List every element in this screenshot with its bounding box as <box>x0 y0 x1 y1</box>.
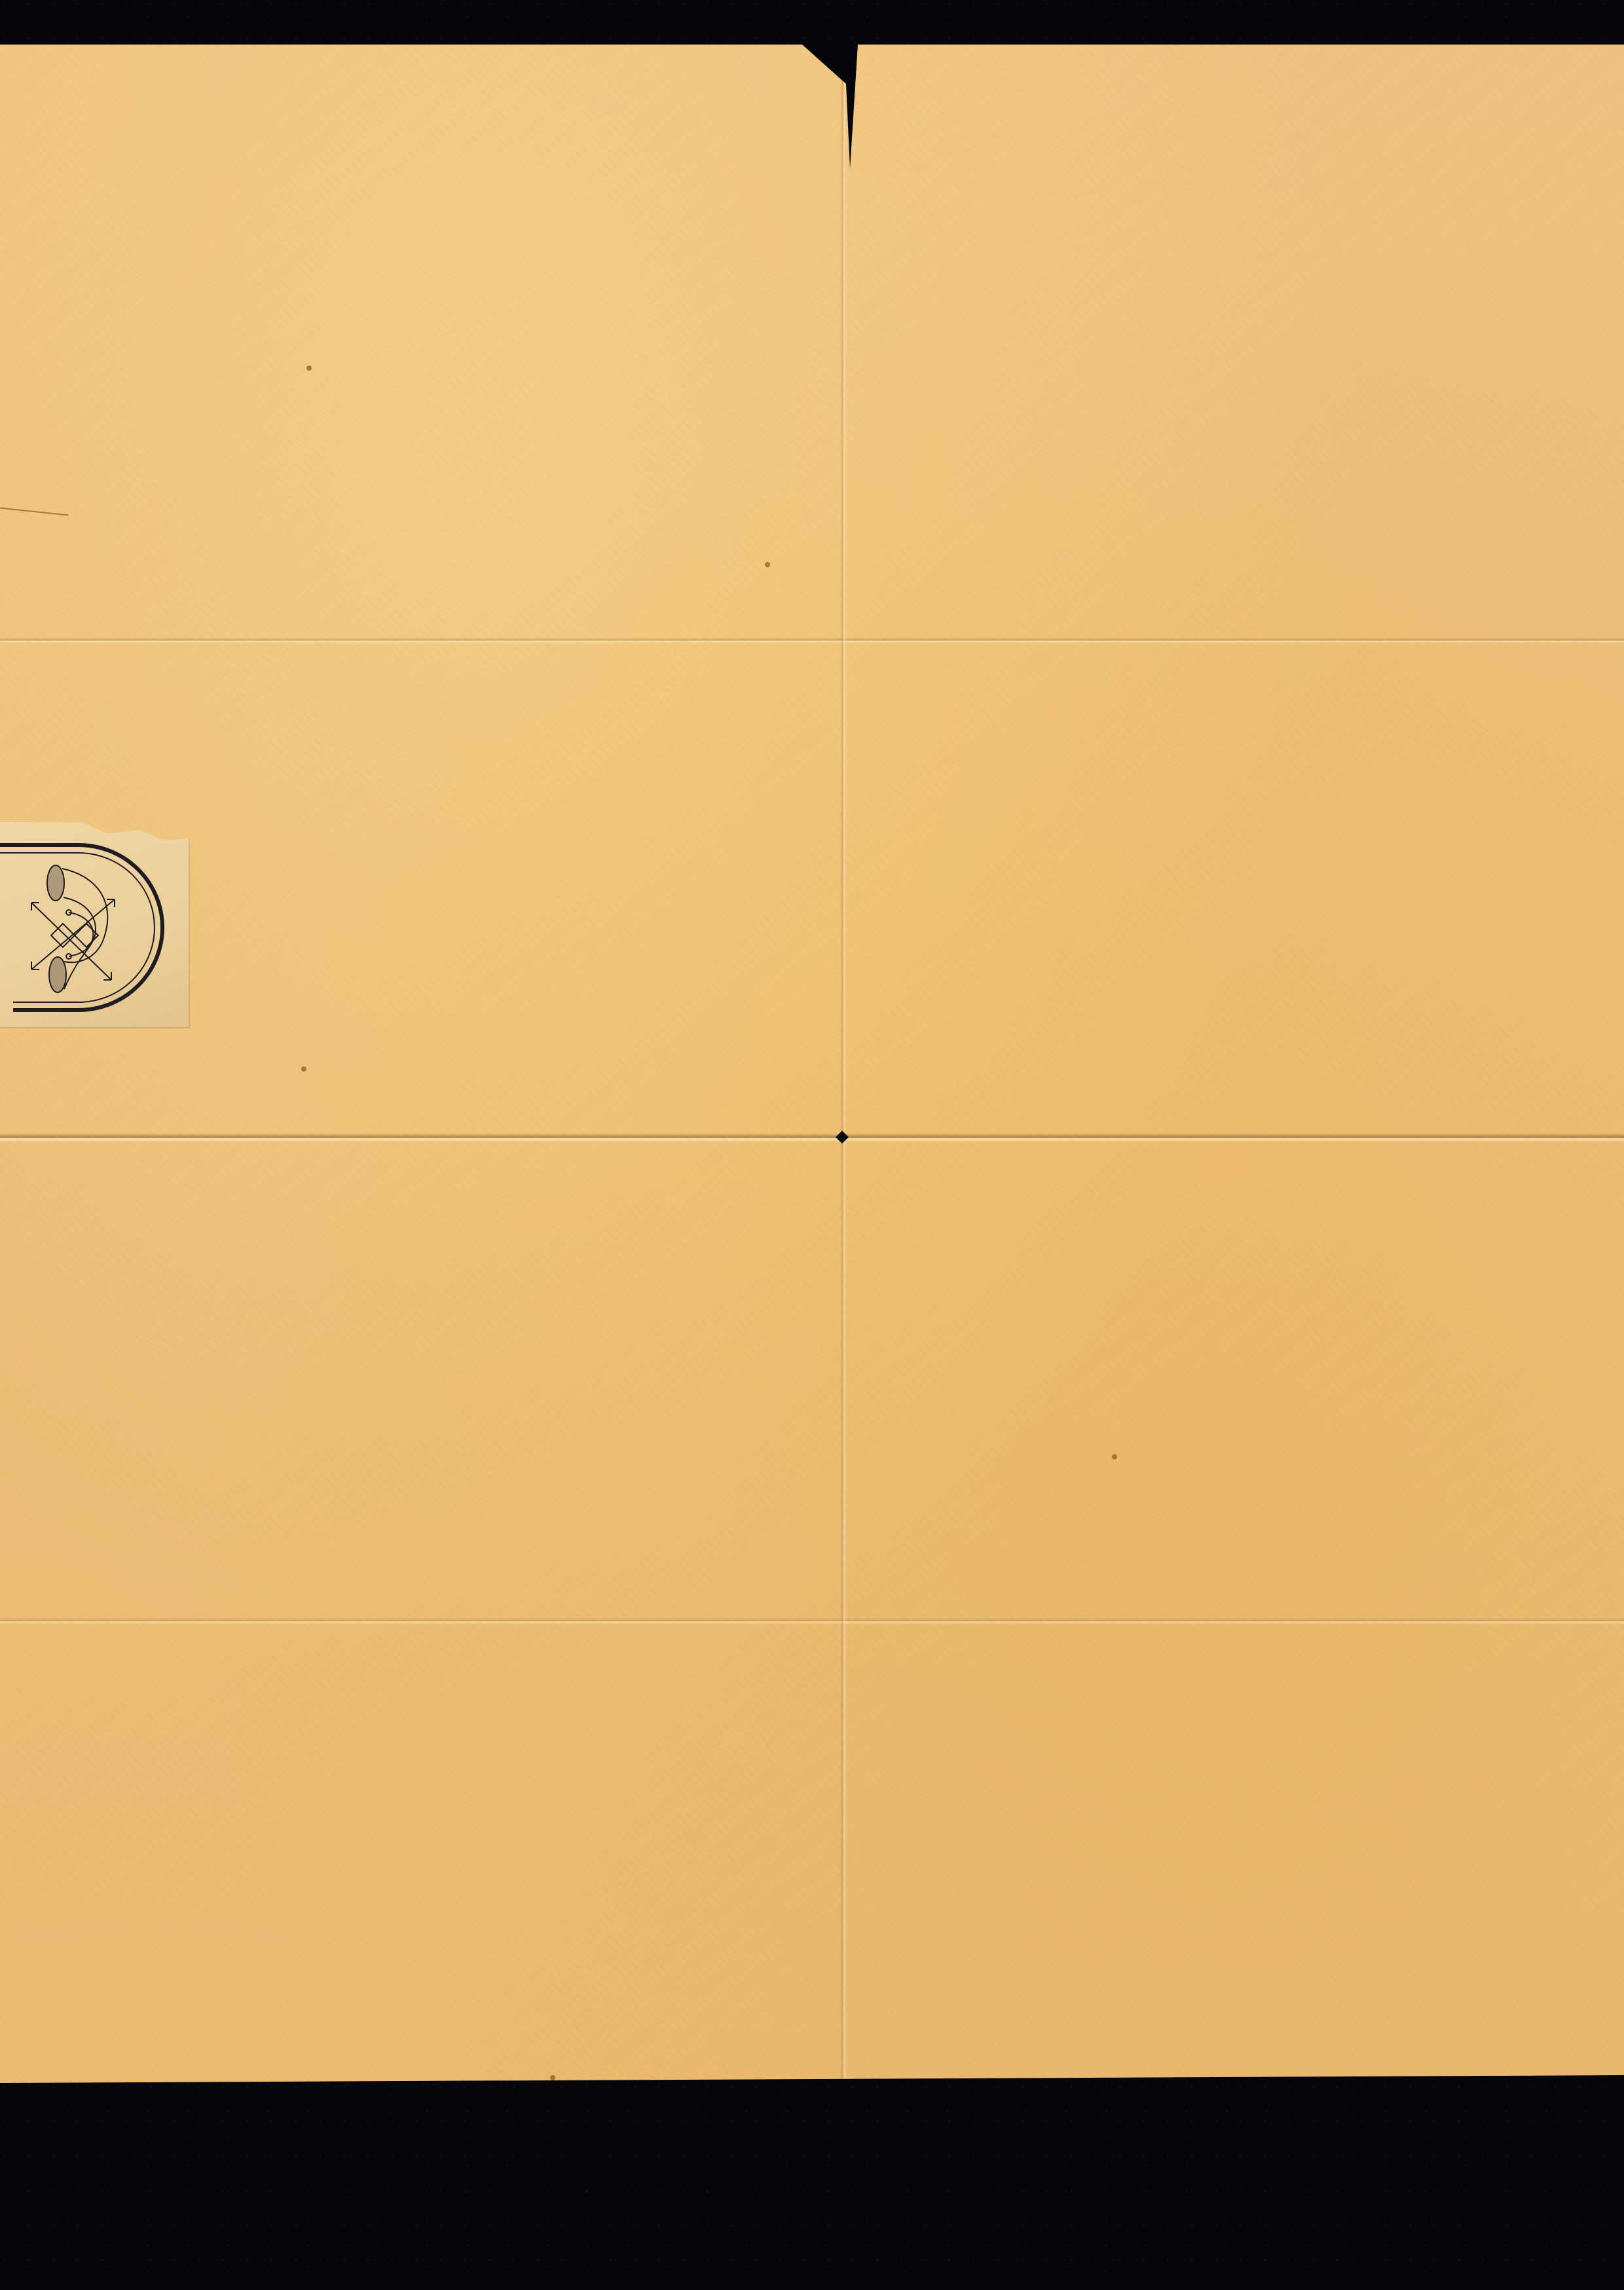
stain-spot <box>306 366 312 371</box>
stain-spot <box>301 1066 306 1072</box>
postal-horn-icon <box>47 865 107 992</box>
stain-spot <box>765 562 770 567</box>
postal-horn-emblem <box>0 837 170 1014</box>
horizontal-fold-middle <box>0 1133 1624 1142</box>
stain-spot <box>550 2075 555 2080</box>
horizontal-fold-lower <box>0 1618 1624 1624</box>
vertical-fold <box>840 45 847 2083</box>
crossed-arrows-icon <box>31 899 115 980</box>
stain-spot <box>1112 1454 1117 1459</box>
paper-sheet <box>0 45 1624 2083</box>
edge-tear <box>0 508 69 516</box>
horizontal-fold-upper <box>0 637 1624 644</box>
